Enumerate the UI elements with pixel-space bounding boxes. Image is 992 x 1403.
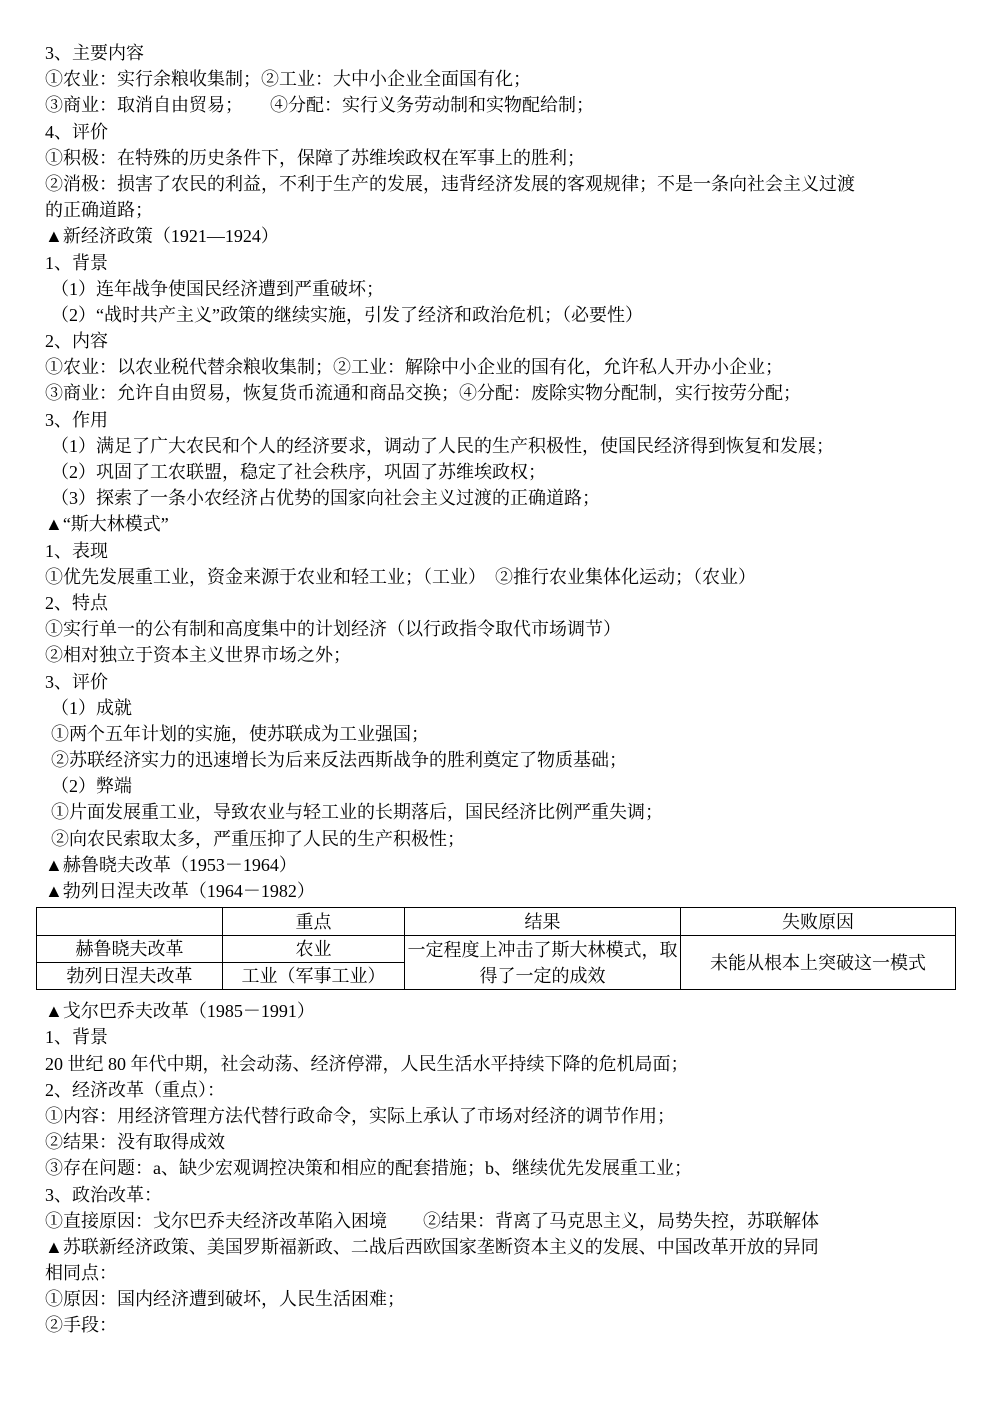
text-line: 3、评价	[45, 669, 956, 695]
text-line: 4、评价	[45, 119, 956, 145]
text-line: 相同点：	[45, 1260, 956, 1286]
text-line: （2）“战时共产主义”政策的继续实施，引发了经济和政治危机；（必要性）	[45, 302, 956, 328]
text-line: ①优先发展重工业，资金来源于农业和轻工业；（工业） ②推行农业集体化运动；（农业…	[45, 564, 956, 590]
table-row-khrushchev: 赫鲁晓夫改革 农业 一定程度上冲击了斯大林模式，取得了一定的成效 未能从根本上突…	[37, 936, 956, 963]
text-line: ①实行单一的公有制和高度集中的计划经济（以行政指令取代市场调节）	[45, 616, 956, 642]
text-line: ▲赫鲁晓夫改革（1953－1964）	[45, 852, 956, 878]
text-line: （1）成就	[45, 695, 956, 721]
text-line: ①内容：用经济管理方法代替行政命令，实际上承认了市场对经济的调节作用；	[45, 1103, 956, 1129]
notes-upper-block: 3、主要内容①农业：实行余粮收集制；②工业：大中小企业全面国有化；③商业：取消自…	[45, 40, 956, 904]
text-line: （3）探索了一条小农经济占优势的国家向社会主义过渡的正确道路；	[45, 485, 956, 511]
text-line: ①积极：在特殊的历史条件下，保障了苏维埃政权在军事上的胜利；	[45, 145, 956, 171]
text-line: 1、表现	[45, 538, 956, 564]
text-line: ①原因：国内经济遭到破坏，人民生活困难；	[45, 1286, 956, 1312]
text-line: ②消极：损害了农民的利益，不利于生产的发展，违背经济发展的客观规律；不是一条向社…	[45, 171, 956, 197]
text-line: ②手段：	[45, 1312, 956, 1338]
text-line: ③商业：允许自由贸易，恢复货币流通和商品交换；④分配：废除实物分配制，实行按劳分…	[45, 380, 956, 406]
text-line: ②结果：没有取得成效	[45, 1129, 956, 1155]
text-line: ②苏联经济实力的迅速增长为后来反法西斯战争的胜利奠定了物质基础；	[45, 747, 956, 773]
text-line: （1）满足了广大农民和个人的经济要求，调动了人民的生产积极性，使国民经济得到恢复…	[45, 433, 956, 459]
text-line: （2）弊端	[45, 773, 956, 799]
text-line: 1、背景	[45, 250, 956, 276]
cell-brezhnev-focus: 工业（军事工业）	[223, 963, 405, 990]
cell-failure-reason-merged: 未能从根本上突破这一模式	[681, 936, 956, 990]
text-line: ▲“斯大林模式”	[45, 511, 956, 537]
cell-result-merged: 一定程度上冲击了斯大林模式，取得了一定的成效	[405, 936, 681, 990]
text-line: ②向农民索取太多，严重压抑了人民的生产积极性；	[45, 826, 956, 852]
text-line: ▲新经济政策（1921—1924）	[45, 223, 956, 249]
text-line: ①片面发展重工业，导致农业与轻工业的长期落后，国民经济比例严重失调；	[45, 799, 956, 825]
document-page: 3、主要内容①农业：实行余粮收集制；②工业：大中小企业全面国有化；③商业：取消自…	[0, 0, 992, 1403]
text-line: ▲戈尔巴乔夫改革（1985－1991）	[45, 998, 956, 1024]
header-focus-cell: 重点	[223, 908, 405, 936]
reform-comparison-table: 重点 结果 失败原因 赫鲁晓夫改革 农业 一定程度上冲击了斯大林模式，取得了一定…	[36, 907, 956, 990]
text-line: ①农业：以农业税代替余粮收集制；②工业：解除中小企业的国有化，允许私人开办小企业…	[45, 354, 956, 380]
table-header-row: 重点 结果 失败原因	[37, 908, 956, 936]
text-line: 2、特点	[45, 590, 956, 616]
text-line: ②相对独立于资本主义世界市场之外；	[45, 642, 956, 668]
cell-khrushchev-focus: 农业	[223, 936, 405, 963]
text-line: ③商业：取消自由贸易； ④分配：实行义务劳动制和实物配给制；	[45, 92, 956, 118]
notes-lower-block: ▲戈尔巴乔夫改革（1985－1991）1、背景20 世纪 80 年代中期，社会动…	[45, 998, 956, 1338]
text-line: ▲苏联新经济政策、美国罗斯福新政、二战后西欧国家垄断资本主义的发展、中国改革开放…	[45, 1234, 956, 1260]
text-line: 2、经济改革（重点）：	[45, 1077, 956, 1103]
text-line: 的正确道路；	[45, 197, 956, 223]
text-line: 2、内容	[45, 328, 956, 354]
text-line: ①农业：实行余粮收集制；②工业：大中小企业全面国有化；	[45, 66, 956, 92]
cell-khrushchev-name: 赫鲁晓夫改革	[37, 936, 223, 963]
header-blank-cell	[37, 908, 223, 936]
cell-brezhnev-name: 勃列日涅夫改革	[37, 963, 223, 990]
text-line: ③存在问题：a、缺少宏观调控决策和相应的配套措施；b、继续优先发展重工业；	[45, 1155, 956, 1181]
header-result-cell: 结果	[405, 908, 681, 936]
text-line: ▲勃列日涅夫改革（1964－1982）	[45, 878, 956, 904]
header-failure-reason-cell: 失败原因	[681, 908, 956, 936]
text-line: ①两个五年计划的实施，使苏联成为工业强国；	[45, 721, 956, 747]
text-line: 1、背景	[45, 1024, 956, 1050]
text-line: （1）连年战争使国民经济遭到严重破坏；	[45, 276, 956, 302]
text-line: 3、政治改革：	[45, 1182, 956, 1208]
text-line: （2）巩固了工农联盟，稳定了社会秩序，巩固了苏维埃政权；	[45, 459, 956, 485]
text-line: 3、主要内容	[45, 40, 956, 66]
text-line: 3、作用	[45, 407, 956, 433]
text-line: 20 世纪 80 年代中期，社会动荡、经济停滞，人民生活水平持续下降的危机局面；	[45, 1051, 956, 1077]
text-line: ①直接原因：戈尔巴乔夫经济改革陷入困境 ②结果：背离了马克思主义，局势失控，苏联…	[45, 1208, 956, 1234]
